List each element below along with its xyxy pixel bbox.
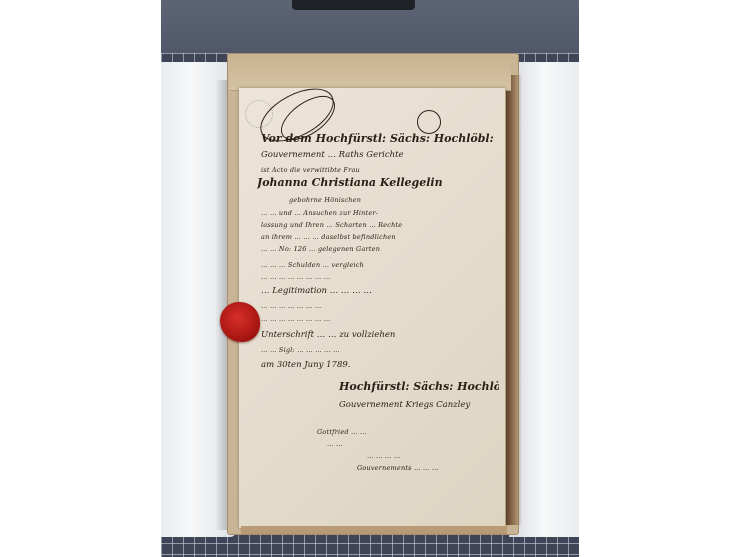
doc-signature-2: … … [327,440,499,448]
doc-line-13: … … … … … … … [261,302,499,310]
doc-line-15: Unterschrift … … zu vollziehen [261,330,499,340]
doc-line-19: Gouvernement Kriegs Canzley [339,400,499,410]
doc-line-1: Vor dem Hochfürstl: Sächs: Hochlöbl: [261,132,499,145]
doc-line-6: … … und … Ansuchen zur Hinter- [261,209,499,217]
doc-note-2: Gouvernements … … … [357,464,499,472]
doc-line-4: Johanna Christiana Kellegelin [257,176,499,189]
folded-top-flap [229,56,511,91]
doc-note-1: … … … … [367,452,499,460]
manuscript-page: Vor dem Hochfürstl: Sächs: Hochlöbl: Gou… [239,88,505,528]
doc-line-18: Hochfürstl: Sächs: Hochlöbl: [339,380,499,393]
doc-line-9: … … No: 126 … gelegenen Garten [261,245,499,253]
doc-date: am 30ten Juny 1789. [261,360,499,370]
doc-line-3: ist Acto die verwittibte Frau [261,166,499,174]
doc-signature-1: Gottfried … … [317,428,499,436]
red-wax-seal [220,302,260,342]
doc-line-14: … … … … … … … … [261,315,499,323]
doc-line-5: gebohrne Hönischen [289,196,499,204]
page-edge-right [506,75,522,525]
document-photo: Vor dem Hochfürstl: Sächs: Hochlöbl: Gou… [161,0,579,557]
doc-line-16: … … Sigl: … … … … … [261,346,499,354]
doc-line-7: lassung und Ihren … Scharten … Rechte [261,221,499,229]
doc-line-2: Gouvernement … Raths Gerichte [261,150,499,160]
flourish-icon [417,110,441,134]
doc-line-10: … … … Schulden … vergleich [261,261,499,269]
overhead-object [292,0,415,10]
doc-line-12: … Legitimation … … … … [261,286,499,296]
doc-line-11: … … … … … … … … [261,273,499,281]
page-bottom-edge [241,526,507,534]
doc-line-8: an ihrem … … … daselbst befindlichen [261,233,499,241]
